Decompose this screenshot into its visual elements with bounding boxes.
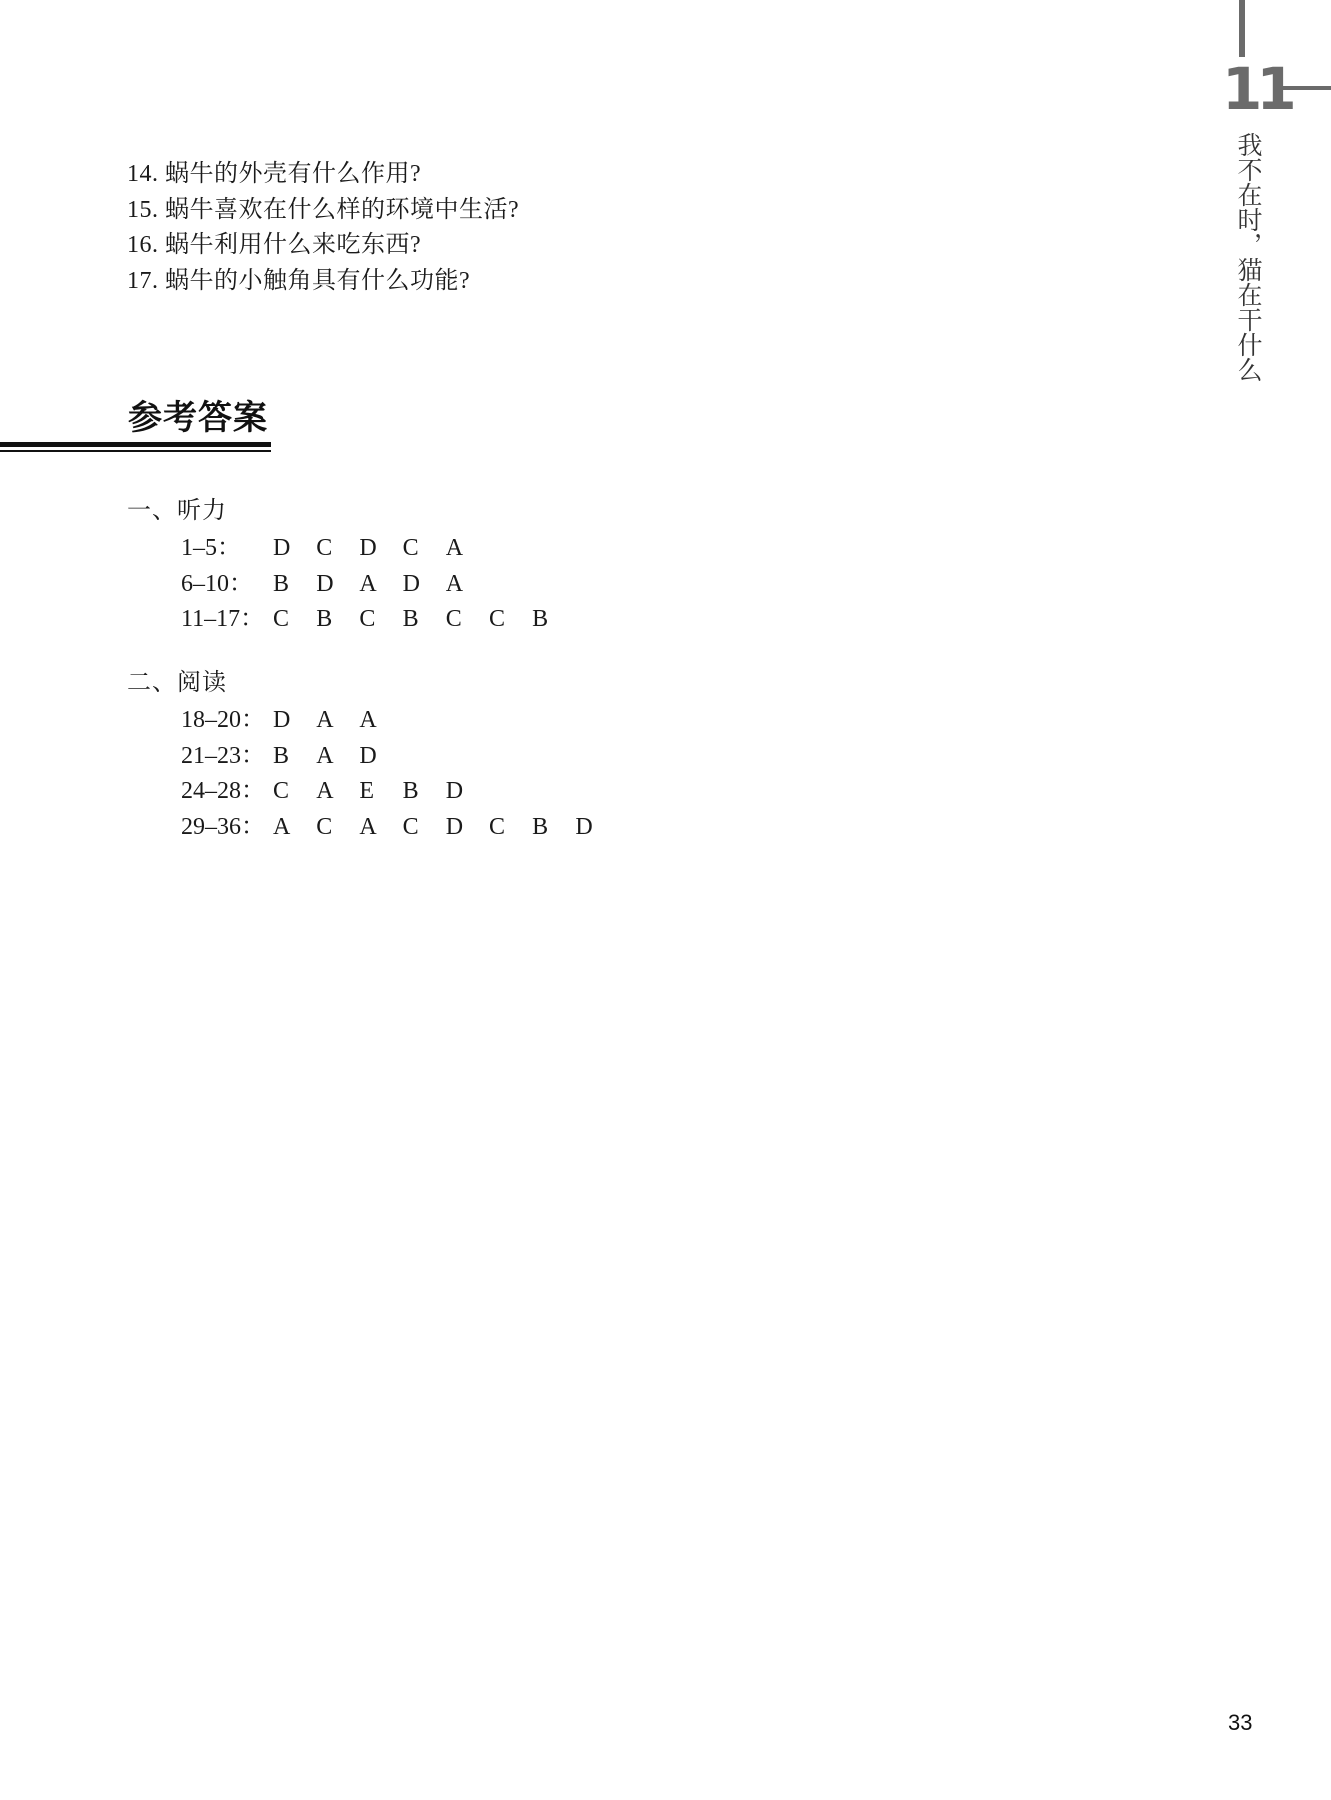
answer-letter: D xyxy=(359,531,402,567)
answer-letter: A xyxy=(359,703,402,739)
group-title: 二、阅读 xyxy=(127,662,619,697)
question-number: 15. xyxy=(127,197,159,223)
answer-letter: B xyxy=(532,810,575,846)
answer-key-heading: 参考答案 xyxy=(128,390,268,439)
group-title: 一、听力 xyxy=(127,490,575,525)
answer-letter: A xyxy=(446,531,489,567)
answer-letter: D xyxy=(273,531,316,567)
question-item: 16. 蜗牛利用什么来吃东西? xyxy=(127,228,519,264)
answer-letter: C xyxy=(359,602,402,638)
answer-letter: A xyxy=(359,567,402,603)
answer-range: 21–23： xyxy=(181,739,273,775)
answer-letter: D xyxy=(446,774,489,810)
answer-letter: A xyxy=(273,810,316,846)
answer-letter: A xyxy=(359,810,402,846)
answer-row: 1–5： D C D C A xyxy=(181,531,575,567)
question-number: 14. xyxy=(127,161,159,187)
answer-letter: C xyxy=(489,602,532,638)
answer-letter: A xyxy=(316,774,359,810)
answer-letter: D xyxy=(403,567,446,603)
answer-row: 29–36： A C A C D C B D xyxy=(181,810,619,846)
answer-letter: C xyxy=(489,810,532,846)
answer-range: 11–17： xyxy=(181,602,273,638)
question-item: 15. 蜗牛喜欢在什么样的环境中生活? xyxy=(127,193,519,229)
answer-row: 18–20： D A A xyxy=(181,703,619,739)
answer-range: 24–28： xyxy=(181,774,273,810)
answer-letter: E xyxy=(359,774,402,810)
answer-letter: B xyxy=(403,774,446,810)
answer-range: 18–20： xyxy=(181,703,273,739)
chapter-tab-vertical-rule xyxy=(1239,0,1245,57)
answer-row: 21–23： B A D xyxy=(181,739,619,775)
answer-letter: A xyxy=(316,703,359,739)
answer-group-reading: 二、阅读 18–20： D A A 21–23： B A D 24–28： C … xyxy=(127,662,619,845)
chapter-tab-horizontal-rule xyxy=(1275,86,1331,90)
answer-letter: A xyxy=(316,739,359,775)
page-number: 33 xyxy=(1228,1710,1252,1736)
answer-letter: C xyxy=(273,774,316,810)
question-text: 蜗牛的小触角具有什么功能? xyxy=(165,268,470,294)
answer-letter: D xyxy=(273,703,316,739)
answer-letter: C xyxy=(316,531,359,567)
answer-range: 29–36： xyxy=(181,810,273,846)
answer-range: 6–10： xyxy=(181,567,273,603)
answer-letter: D xyxy=(446,810,489,846)
answer-letter: B xyxy=(316,602,359,638)
answer-letter: D xyxy=(575,810,618,846)
question-item: 17. 蜗牛的小触角具有什么功能? xyxy=(127,264,519,300)
answer-letter: C xyxy=(403,531,446,567)
answer-letter: D xyxy=(359,739,402,775)
answer-letter: A xyxy=(446,567,489,603)
heading-rule-thin xyxy=(0,450,271,452)
answer-letter: B xyxy=(403,602,446,638)
answer-letter: C xyxy=(316,810,359,846)
heading-rule-thick xyxy=(0,442,271,447)
answer-letter: C xyxy=(403,810,446,846)
answer-row: 24–28： C A E B D xyxy=(181,774,619,810)
answer-letter: C xyxy=(446,602,489,638)
answer-letter: D xyxy=(316,567,359,603)
question-text: 蜗牛喜欢在什么样的环境中生活? xyxy=(165,197,519,223)
question-list: 14. 蜗牛的外壳有什么作用? 15. 蜗牛喜欢在什么样的环境中生活? 16. … xyxy=(127,157,519,299)
chapter-title-vertical: 我不在时，猫在干什么 xyxy=(1226,132,1262,382)
answer-letter: B xyxy=(273,739,316,775)
answer-row: 11–17： C B C B C C B xyxy=(181,602,575,638)
question-number: 16. xyxy=(127,232,159,258)
answer-group-listening: 一、听力 1–5： D C D C A 6–10： B D A D A 11–1… xyxy=(127,490,575,638)
question-text: 蜗牛的外壳有什么作用? xyxy=(165,161,421,187)
question-number: 17. xyxy=(127,268,159,294)
answer-row: 6–10： B D A D A xyxy=(181,567,575,603)
answer-letter: B xyxy=(273,567,316,603)
answer-letter: C xyxy=(273,602,316,638)
answer-range: 1–5： xyxy=(181,531,273,567)
question-text: 蜗牛利用什么来吃东西? xyxy=(165,232,421,258)
answer-letter: B xyxy=(532,602,575,638)
question-item: 14. 蜗牛的外壳有什么作用? xyxy=(127,157,519,193)
